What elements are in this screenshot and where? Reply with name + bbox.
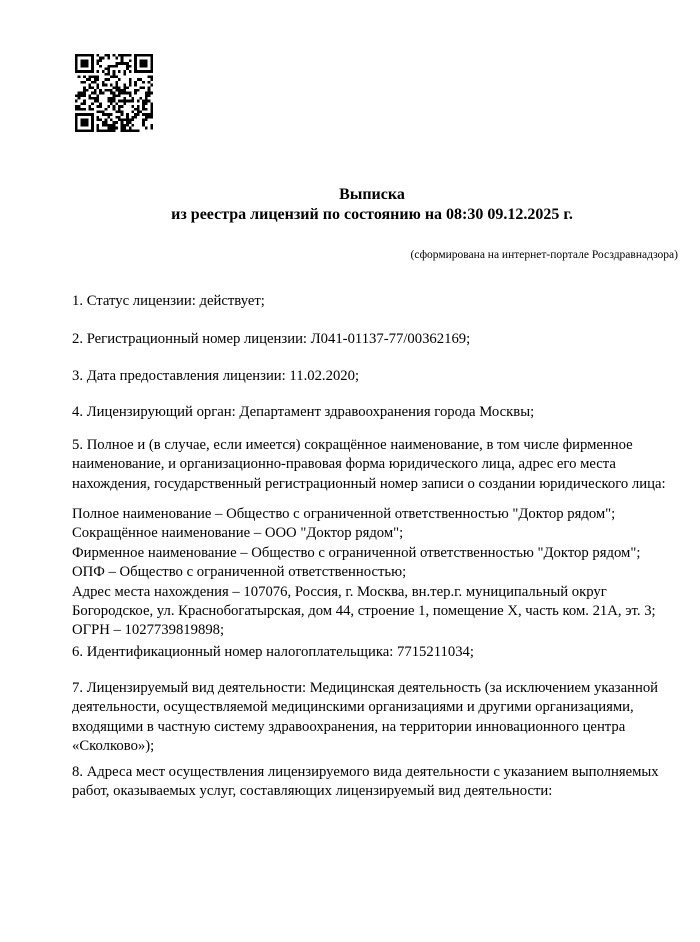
org-details-block: Полное наименование – Общество с огранич… — [72, 505, 672, 641]
org-detail-opf: ОПФ – Общество с ограниченной ответствен… — [72, 563, 672, 582]
item-grant-date: 3. Дата предоставления лицензии: 11.02.2… — [72, 367, 672, 386]
org-detail-brand-name: Фирменное наименование – Общество с огра… — [72, 544, 672, 563]
org-detail-full-name: Полное наименование – Общество с огранич… — [72, 505, 672, 524]
qr-code-icon — [75, 54, 153, 132]
license-extract-page: Выписка из реестра лицензий по состоянию… — [0, 0, 700, 942]
item-org-names-intro: 5. Полное и (в случае, если имеется) сок… — [72, 436, 672, 494]
org-detail-short-name: Сокращённое наименование – ООО "Доктор р… — [72, 524, 672, 543]
item-reg-number: 2. Регистрационный номер лицензии: Л041-… — [72, 330, 672, 349]
item-addresses-intro: 8. Адреса мест осуществления лицензируем… — [72, 763, 672, 802]
item-license-status: 1. Статус лицензии: действует; — [72, 292, 672, 311]
item-licensing-authority: 4. Лицензирующий орган: Департамент здра… — [72, 403, 672, 422]
item-inn: 6. Идентификационный номер налогоплатель… — [72, 643, 672, 662]
org-detail-ogrn: ОГРН – 1027739819898; — [72, 621, 672, 640]
doc-title-line2: из реестра лицензий по состоянию на 08:3… — [72, 205, 672, 225]
doc-title-line1: Выписка — [72, 185, 672, 205]
org-detail-address: Адрес места нахождения – 107076, Россия,… — [72, 583, 672, 622]
item-activity-type: 7. Лицензируемый вид деятельности: Медиц… — [72, 679, 672, 757]
doc-subtitle: (сформирована на интернет-портале Росздр… — [411, 248, 679, 262]
doc-title: Выписка из реестра лицензий по состоянию… — [72, 185, 672, 225]
